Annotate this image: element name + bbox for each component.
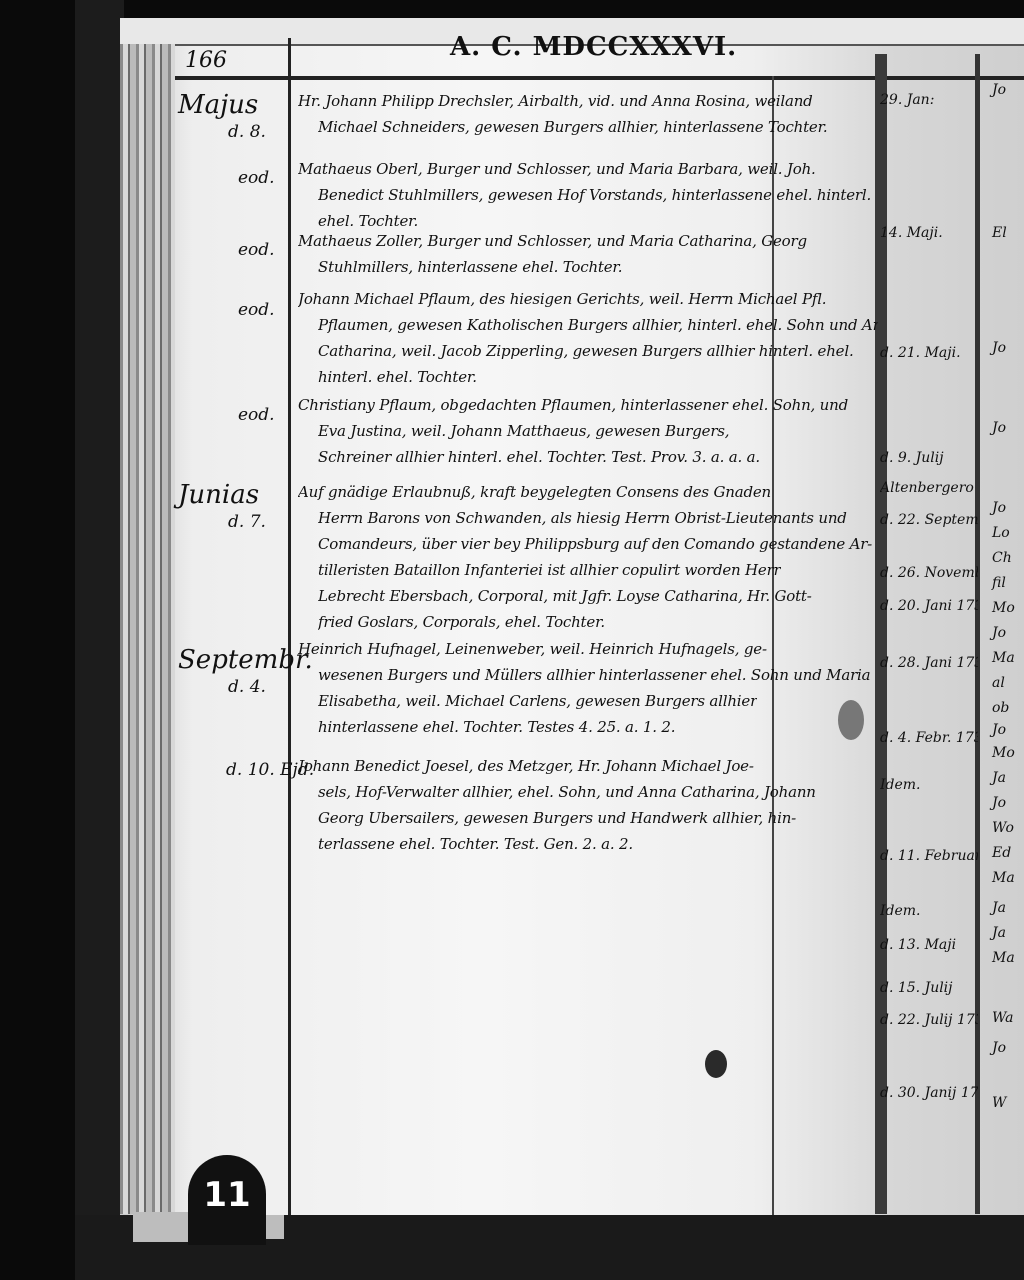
far-right-fragment: Jo: [992, 1040, 1006, 1056]
entry-line: Elisabetha, weil. Michael Carlens, gewes…: [318, 692, 757, 710]
entry-line: ehel. Tochter.: [318, 212, 418, 230]
right-column-date: d. 26. Novembris: [880, 565, 978, 581]
entry-line: Schreiner allhier hinterl. ehel. Tochter…: [318, 448, 760, 466]
margin-date: eod.: [238, 405, 275, 425]
far-right-fragment: Mo: [992, 745, 1015, 761]
far-right-fragment: Ed: [992, 845, 1011, 861]
entry-line: Auf gnädige Erlaubnuß, kraft beygelegten…: [298, 483, 771, 501]
far-right-fragment: fil: [992, 575, 1006, 591]
far-right-fragment: Jo: [992, 795, 1006, 811]
far-right-fragment: Jo: [992, 82, 1006, 98]
ink-spot: [838, 700, 864, 740]
entry-line: Herrn Barons von Schwanden, als hiesig H…: [318, 509, 847, 527]
far-right-fragment: Jo: [992, 500, 1006, 516]
entry-line: terlassene ehel. Tochter. Test. Gen. 2. …: [318, 835, 633, 853]
far-right-fragment: Wa: [992, 1010, 1014, 1026]
right-column-date: Idem.: [880, 903, 921, 919]
entry-line: hinterl. ehel. Tochter.: [318, 368, 477, 386]
entry-line: Catharina, weil. Jacob Zipperling, gewes…: [318, 342, 854, 360]
far-right-fragment: Jo: [992, 340, 1006, 356]
right-column-date: d. 28. Jani 1738.: [880, 655, 978, 671]
tab-light-left: [133, 1212, 188, 1242]
year-heading: A. C. MDCCXXXVI.: [450, 32, 737, 62]
margin-date: Junias: [178, 480, 259, 510]
entry-line: wesenen Burgers und Müllers allhier hint…: [318, 666, 870, 684]
right-column-date: d. 13. Maji: [880, 937, 956, 953]
margin-day: d. 7.: [228, 512, 266, 532]
margin-day: d. 4.: [228, 677, 266, 697]
right-column-date: 29. Jan:: [880, 92, 934, 108]
ink-stain: [705, 1050, 727, 1078]
entry-line: Lebrecht Ebersbach, Corporal, mit Jgfr. …: [318, 587, 812, 605]
entry-line: fried Goslars, Corporals, ehel. Tochter.: [318, 613, 605, 631]
entry-line: Heinrich Hufnagel, Leinenweber, weil. He…: [298, 640, 767, 658]
header-rule: [175, 76, 1024, 80]
far-right-fragment: Ma: [992, 950, 1015, 966]
entry-line: tilleristen Bataillon Infanteriei ist al…: [318, 561, 781, 579]
entry-line: Georg Ubersailers, gewesen Burgers und H…: [318, 809, 796, 827]
entry-line: Stuhlmillers, hinterlassene ehel. Tochte…: [318, 258, 622, 276]
right-column-date: d. 30. Janij 1739.: [880, 1085, 978, 1101]
far-right-fragment: Ch: [992, 550, 1012, 566]
entry-line: Johann Michael Pflaum, des hiesigen Geri…: [298, 290, 826, 308]
right-column-date: d. 22. Julij 1738.: [880, 1012, 978, 1028]
tab-marker: 11: [188, 1155, 266, 1245]
margin-date: Majus: [178, 90, 258, 120]
far-right-fragment: Jo: [992, 420, 1006, 436]
margin-date: eod.: [238, 240, 275, 260]
right-column-date: Altenbergero Diacono.: [880, 480, 978, 496]
far-right-fragment: Jo: [992, 722, 1006, 738]
margin-day: d. 8.: [228, 122, 266, 142]
entry-line: Pflaumen, gewesen Katholischen Burgers a…: [318, 316, 878, 334]
far-right-fragment: ob: [992, 700, 1009, 716]
far-right-fragment: El: [992, 225, 1007, 241]
entry-line: Christiany Pflaum, obgedachten Pflaumen,…: [298, 396, 848, 414]
far-right-fragment: Jo: [992, 625, 1006, 641]
entry-line: sels, Hof-Verwalter allhier, ehel. Sohn,…: [318, 783, 816, 801]
entry-line: hinterlassene ehel. Tochter. Testes 4. 2…: [318, 718, 675, 736]
entry-line: Eva Justina, weil. Johann Matthaeus, gew…: [318, 422, 729, 440]
entry-line: Mathaeus Oberl, Burger und Schlosser, un…: [298, 160, 816, 178]
far-right-fragment: al: [992, 675, 1005, 691]
entry-line: Comandeurs, über vier bey Philippsburg a…: [318, 535, 872, 553]
far-right-fragment: W: [992, 1095, 1006, 1111]
far-right-fragment: Ja: [992, 925, 1006, 941]
entry-line: Benedict Stuhlmillers, gewesen Hof Vorst…: [318, 186, 871, 204]
right-column-date: Idem.: [880, 777, 921, 793]
entry-line: Michael Schneiders, gewesen Burgers allh…: [318, 118, 828, 136]
far-right-rule: [975, 54, 980, 1214]
entry-line: Mathaeus Zoller, Burger und Schlosser, u…: [298, 232, 807, 250]
right-column-date: 14. Maji.: [880, 225, 943, 241]
margin-date: eod.: [238, 168, 275, 188]
margin-date: Septembr.: [178, 645, 313, 675]
entry-line: Johann Benedict Joesel, des Metzger, Hr.…: [298, 757, 754, 775]
right-column-date: d. 15. Julij: [880, 980, 953, 996]
margin-rule: [288, 38, 291, 1218]
far-right-fragment: Ma: [992, 650, 1015, 666]
far-right-fragment: Ja: [992, 770, 1006, 786]
right-column-date: d. 22. Septembr.: [880, 512, 978, 528]
page-number: 166: [185, 48, 227, 73]
book-binding: [120, 44, 175, 1214]
right-column-date: d. 9. Julij: [880, 450, 944, 466]
entry-line: Hr. Johann Philipp Drechsler, Airbalth, …: [298, 92, 813, 110]
right-column-date: d. 11. Februarij: [880, 848, 978, 864]
far-right-fragment: Mo: [992, 600, 1015, 616]
right-column-date: d. 21. Maji.: [880, 345, 961, 361]
far-right-fragment: Ma: [992, 870, 1015, 886]
far-right-fragment: Wo: [992, 820, 1014, 836]
film-edge: [75, 0, 124, 1280]
right-column-date: d. 4. Febr. 1738: [880, 730, 978, 746]
right-column-date: d. 20. Jani 1738: [880, 598, 978, 614]
far-right-fragment: Ja: [992, 900, 1006, 916]
far-right-fragment: Lo: [992, 525, 1010, 541]
margin-date: eod.: [238, 300, 275, 320]
